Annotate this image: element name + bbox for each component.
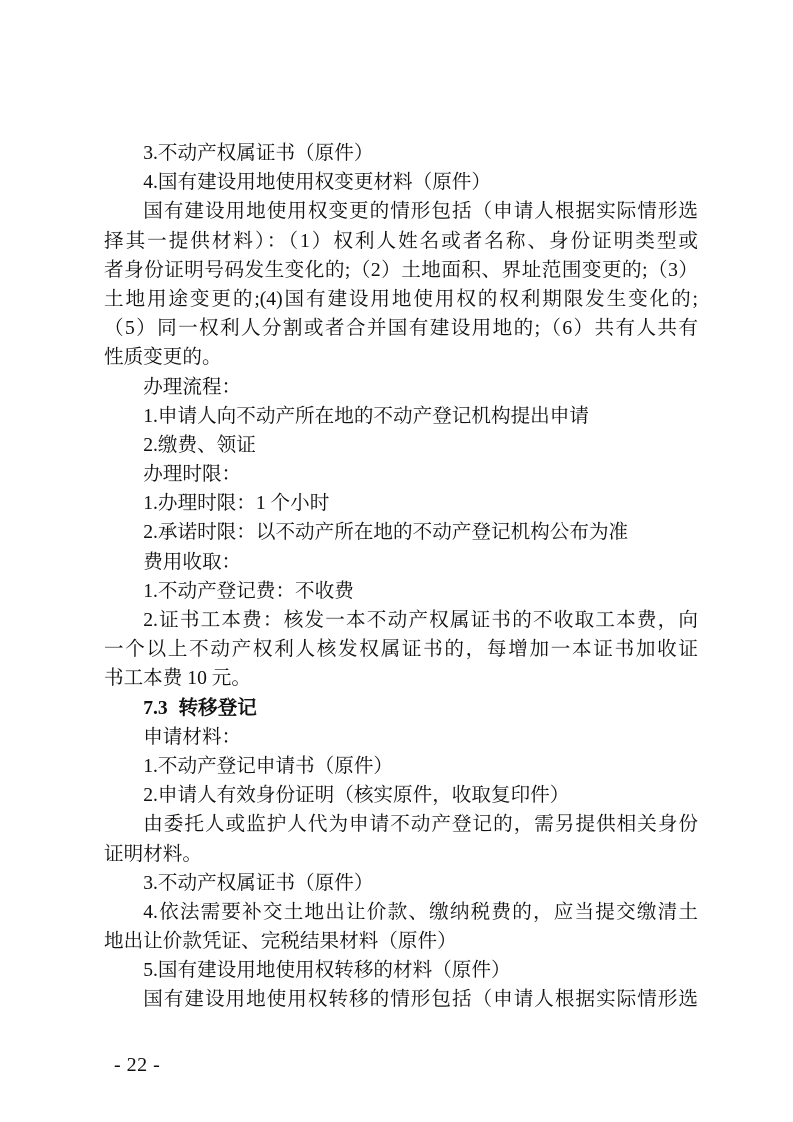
material-item-line: 2.申请人有效身份证明（核实原件，收取复印件）	[104, 781, 698, 810]
material-item-line: 5.国有建设用地使用权转移的材料（原件）	[104, 956, 698, 985]
text-line: 择其一提供材料）：（1）权利人姓名或者名称、身份证明类型或	[104, 227, 698, 256]
text-line: 者身份证明号码发生变化的;（2）土地面积、界址范围变更的;（3）	[104, 256, 698, 285]
process-step-line: 2.缴费、领证	[104, 431, 698, 460]
fee-item-line: 1.不动产登记费：不收费	[104, 577, 698, 606]
fee-item-line: 2.证书工本费：核发一本不动产权属证书的不收取工本费，向	[104, 606, 698, 635]
section-number: 7.3	[143, 698, 168, 719]
text-block: 3.不动产权属证书（原件） 4.国有建设用地使用权变更材料（原件） 国有建设用地…	[104, 139, 698, 1015]
label-process-flow: 办理流程：	[104, 373, 698, 402]
text-line: 性质变更的。	[104, 343, 698, 372]
page-number: - 22 -	[114, 1053, 160, 1077]
material-item-line: 3.不动产权属证书（原件）	[104, 869, 698, 898]
label-application-materials: 申请材料：	[104, 723, 698, 752]
time-limit-line: 2.承诺时限：以不动产所在地的不动产登记机构公布为准	[104, 518, 698, 547]
text-line: 4.国有建设用地使用权变更材料（原件）	[104, 168, 698, 197]
section-title: 转移登记	[178, 698, 256, 719]
text-line: 3.不动产权属证书（原件）	[104, 139, 698, 168]
text-line: 国有建设用地使用权变更的情形包括（申请人根据实际情形选	[104, 197, 698, 226]
text-line: 一个以上不动产权利人核发权属证书的，每增加一本证书加收证	[104, 635, 698, 664]
process-step-line: 1.申请人向不动产所在地的不动产登记机构提出申请	[104, 402, 698, 431]
text-line: 由委托人或监护人代为申请不动产登记的，需另提供相关身份	[104, 810, 698, 839]
text-line: 书工本费 10 元。	[104, 664, 698, 693]
label-fees: 费用收取：	[104, 548, 698, 577]
time-limit-line: 1.办理时限：1 个小时	[104, 489, 698, 518]
section-heading: 7.3转移登记	[104, 694, 698, 723]
material-item-line: 1.不动产登记申请书（原件）	[104, 752, 698, 781]
document-page: 3.不动产权属证书（原件） 4.国有建设用地使用权变更材料（原件） 国有建设用地…	[0, 0, 793, 1122]
text-line: 地出让价款凭证、完税结果材料（原件）	[104, 927, 698, 956]
text-line: 土地用途变更的;(4)国有建设用地使用权的权利期限发生变化的;	[104, 285, 698, 314]
label-time-limit: 办理时限：	[104, 460, 698, 489]
text-line: 国有建设用地使用权转移的情形包括（申请人根据实际情形选	[104, 985, 698, 1014]
text-line: （5）同一权利人分割或者合并国有建设用地的;（6）共有人共有	[104, 314, 698, 343]
material-item-line: 4.依法需要补交土地出让价款、缴纳税费的，应当提交缴清土	[104, 898, 698, 927]
text-line: 证明材料。	[104, 840, 698, 869]
